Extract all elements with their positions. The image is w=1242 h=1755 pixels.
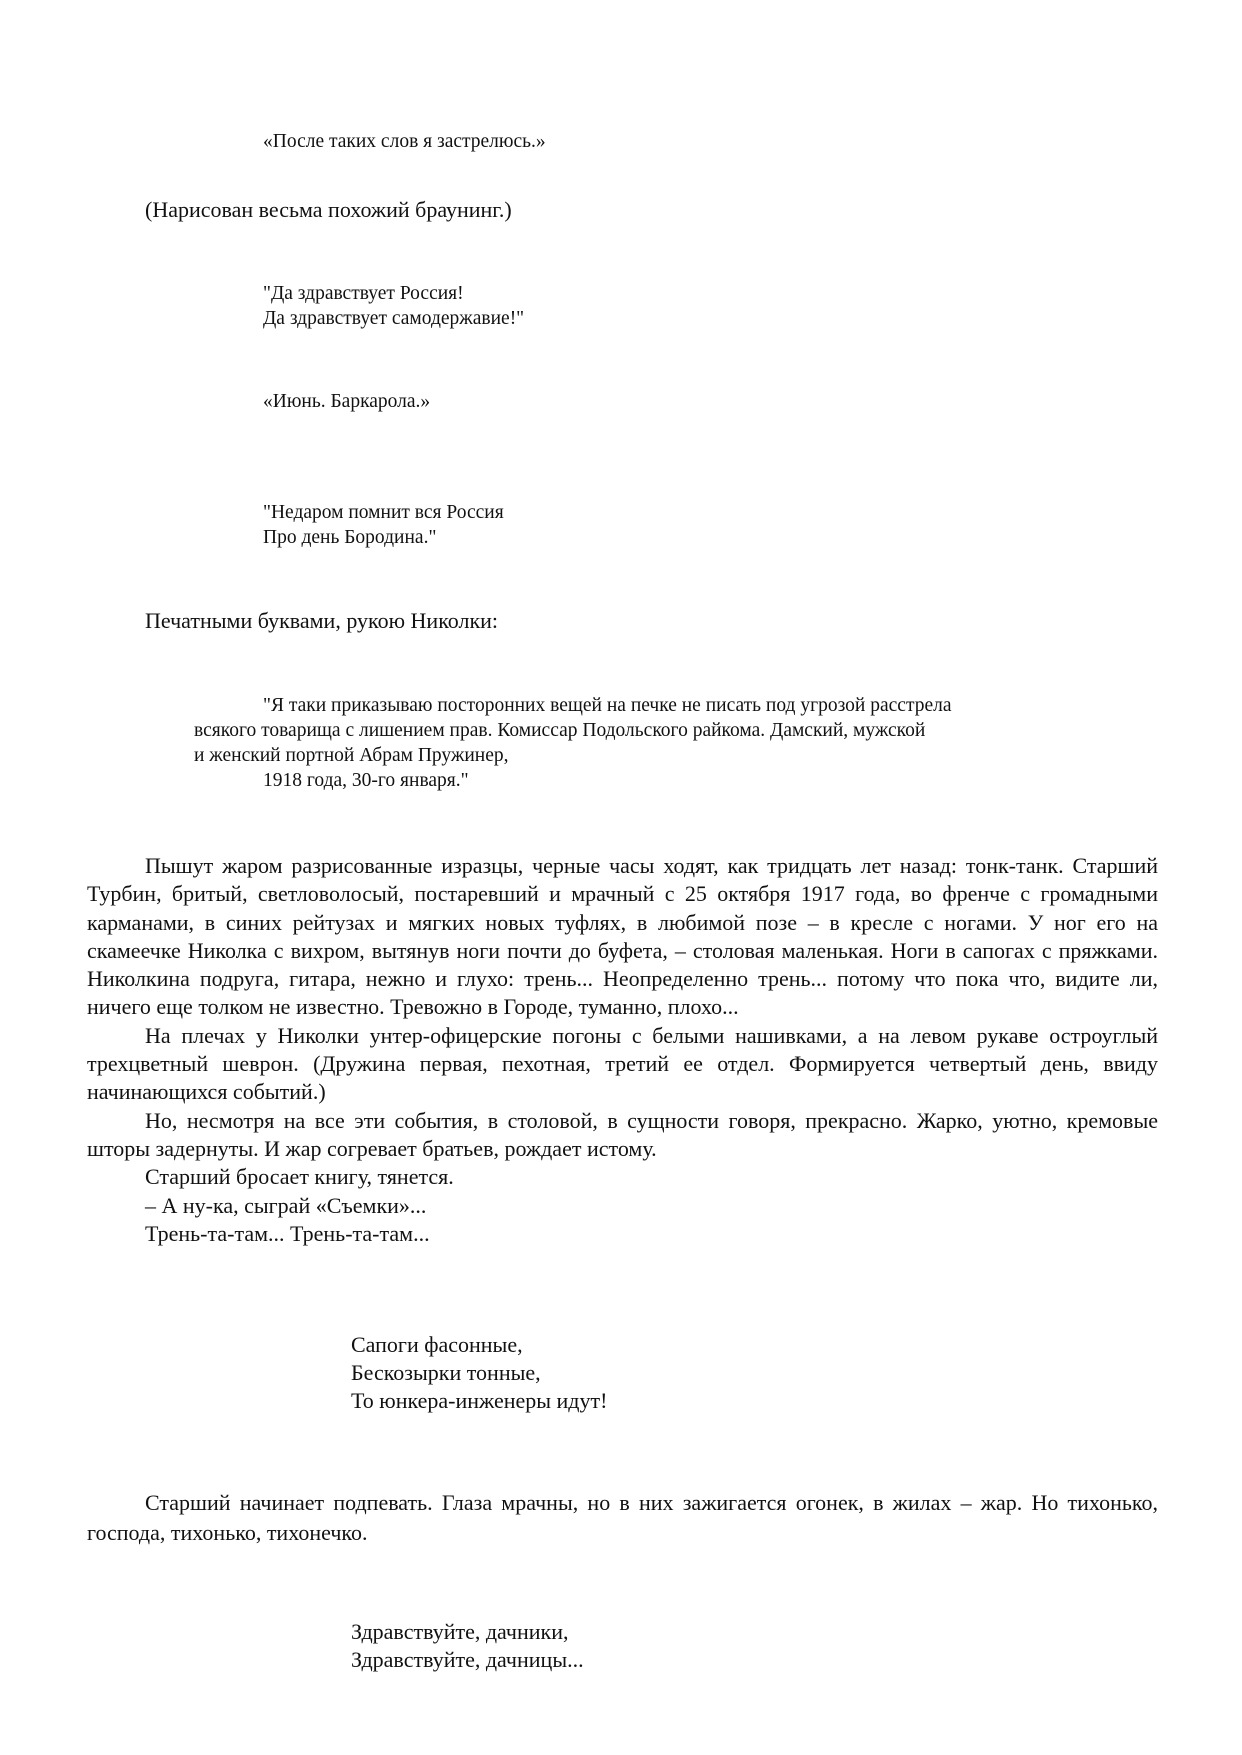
order-line: всякого товарища с лишением прав. Комисс… [194, 718, 952, 743]
stage-note-nikolka: Печатными буквами, рукою Николки: [145, 607, 498, 635]
quote-june-barcarolle: «Июнь. Баркарола.» [263, 389, 430, 414]
song-line: Здравствуйте, дачники, [351, 1618, 584, 1646]
paragraph: Трень-та-там... Трень-та-там... [87, 1220, 1158, 1248]
paragraph: Старший начинает подпевать. Глаза мрачны… [87, 1488, 1158, 1548]
quote-line: "Да здравствует Россия! [263, 281, 524, 306]
order-inscription: "Я таки приказываю посторонних вещей на … [194, 693, 952, 793]
order-line: "Я таки приказываю посторонних вещей на … [194, 693, 952, 718]
song-line: Бескозырки тонные, [351, 1359, 607, 1387]
song-line: То юнкера-инженеры идут! [351, 1387, 607, 1415]
quote-line: Про день Бородина." [263, 525, 504, 550]
paragraph: Но, несмотря на все эти события, в столо… [87, 1107, 1158, 1164]
paragraph: На плечах у Николки унтер-офицерские пог… [87, 1022, 1158, 1107]
order-line: 1918 года, 30-го января." [194, 768, 952, 793]
dialogue-line: – А ну-ка, сыграй «Съемки»... [87, 1192, 1158, 1220]
stage-note-browning: (Нарисован весьма похожий браунинг.) [145, 196, 512, 224]
quote-line: "Недаром помнит вся Россия [263, 500, 504, 525]
song-line: Здравствуйте, дачницы... [351, 1646, 584, 1674]
narrative-block: Пышут жаром разрисованные изразцы, черны… [87, 852, 1158, 1248]
paragraph: Старший бросает книгу, тянется. [87, 1163, 1158, 1191]
paragraph: Пышут жаром разрисованные изразцы, черны… [87, 852, 1158, 1022]
quote-long-live-russia: "Да здравствует Россия! Да здравствует с… [263, 281, 524, 331]
song-dachniki: Здравствуйте, дачники, Здравствуйте, дач… [351, 1618, 584, 1674]
song-cadets: Сапоги фасонные, Бескозырки тонные, То ю… [351, 1331, 607, 1415]
quote-pistol: «После таких слов я застрелюсь.» [263, 129, 546, 154]
quote-borodino: "Недаром помнит вся Россия Про день Боро… [263, 500, 504, 550]
order-line: и женский портной Абрам Пружинер, [194, 743, 952, 768]
song-line: Сапоги фасонные, [351, 1331, 607, 1359]
quote-line: Да здравствует самодержавие!" [263, 306, 524, 331]
narrative-block-2: Старший начинает подпевать. Глаза мрачны… [87, 1488, 1158, 1548]
